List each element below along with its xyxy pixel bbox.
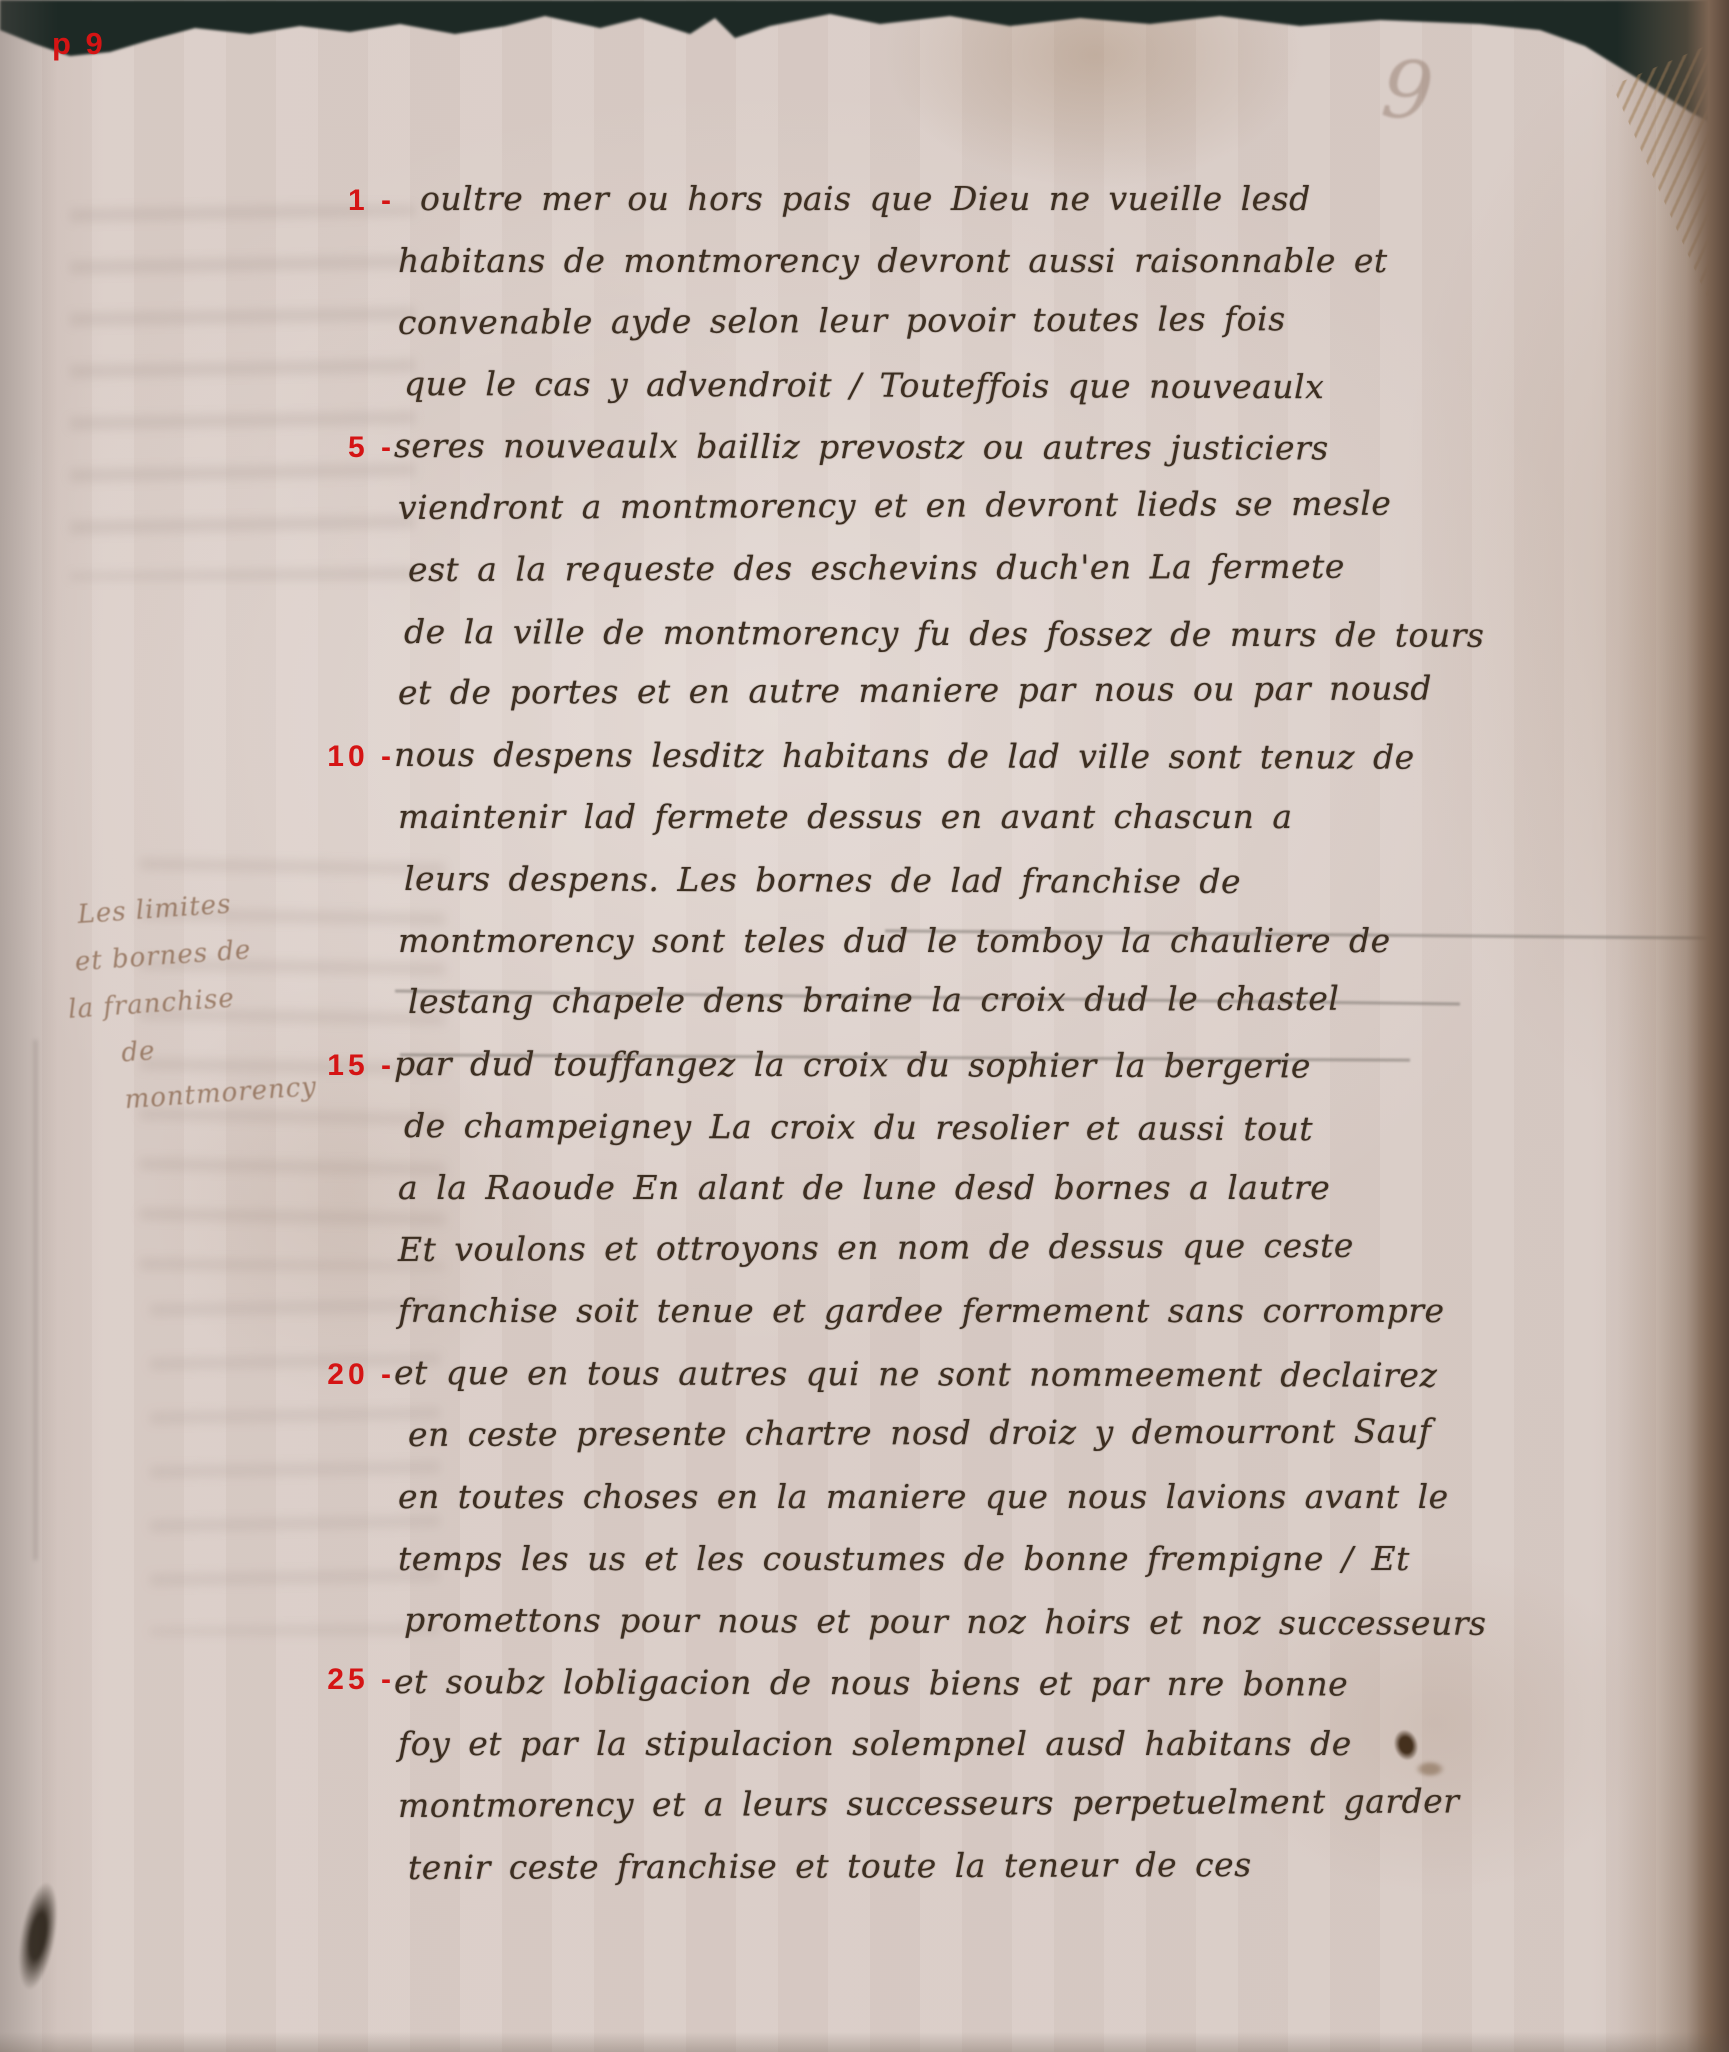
manuscript-line: montmorency et a leurs successeurs perpe… xyxy=(398,1769,1608,1836)
page-edge-right xyxy=(1617,0,1729,2052)
showthrough-text-upper xyxy=(70,205,415,580)
manuscript-line: par dud touffangez la croix du sophier l… xyxy=(394,1033,1604,1098)
manuscript-line: et que en tous autres qui ne sont nommee… xyxy=(394,1342,1604,1407)
page-edge-left xyxy=(0,0,58,2052)
margin-note: Les limites et bornes de la franchise de… xyxy=(48,875,344,1129)
manuscript-photo: 9 Les limites et bornes de la franchise … xyxy=(0,0,1729,2052)
manuscript-line: et de portes et en autre maniere par nou… xyxy=(398,657,1608,724)
manuscript-line: en ceste presente chartre nosd droiz y d… xyxy=(408,1400,1618,1466)
page-edge-bottom xyxy=(0,2032,1729,2052)
manuscript-line: a la Raoude En alant de lune desd bornes… xyxy=(398,1157,1608,1219)
manuscript-line: maintenir lad fermete dessus en avant ch… xyxy=(398,786,1608,848)
line-marker-1: 1 - xyxy=(295,184,395,218)
manuscript-line: que le cas y advendroit / Touteffois que… xyxy=(404,353,1614,419)
manuscript-line: en toutes choses en la maniere que nous … xyxy=(398,1466,1608,1528)
manuscript-line: leurs despens. Les bornes de lad franchi… xyxy=(404,848,1614,914)
manuscript-line: temps les us et les coustumes de bonne f… xyxy=(398,1528,1608,1590)
binding-shadow-top xyxy=(0,0,1729,150)
manuscript-line: lestang chapele dens braine la croix dud… xyxy=(408,967,1618,1033)
manuscript-line: tenir ceste franchise et toute la teneur… xyxy=(408,1832,1618,1898)
line-marker-25: 25 - xyxy=(295,1663,395,1697)
manuscript-text: oultre mer ou hors pais que Dieu ne vuei… xyxy=(398,168,1608,1898)
manuscript-line: foy et par la stipulacion solempnel ausd… xyxy=(398,1713,1608,1775)
line-marker-20: 20 - xyxy=(295,1358,395,1392)
manuscript-line: montmorency sont teles dud le tomboy la … xyxy=(398,910,1608,972)
manuscript-line: seres nouveaulx bailliz prevostz ou autr… xyxy=(394,415,1604,480)
manuscript-line: convenable ayde selon leur povoir toutes… xyxy=(398,286,1608,353)
manuscript-line: nous despens lesditz habitans de lad vil… xyxy=(394,724,1604,789)
page-number-label: p 9 xyxy=(52,26,106,62)
manuscript-line: franchise soit tenue et gardee fermement… xyxy=(398,1280,1608,1342)
manuscript-line: de champeigney La croix du resolier et a… xyxy=(404,1095,1614,1161)
manuscript-line: habitans de montmorency devront aussi ra… xyxy=(398,230,1608,292)
manuscript-line: et soubz lobligacion de nous biens et pa… xyxy=(394,1651,1604,1716)
line-marker-10: 10 - xyxy=(295,740,395,774)
manuscript-line: est a la requeste des eschevins duch'en … xyxy=(408,535,1618,601)
manuscript-line: Et voulons et ottroyons en nom de dessus… xyxy=(398,1213,1608,1280)
line-marker-5: 5 - xyxy=(295,431,395,465)
manuscript-line: promettons pour nous et pour noz hoirs e… xyxy=(404,1589,1614,1655)
manuscript-line: viendront a montmorency et en devront li… xyxy=(398,472,1608,539)
manuscript-line: oultre mer ou hors pais que Dieu ne vuei… xyxy=(398,168,1608,230)
line-marker-15: 15 - xyxy=(295,1049,395,1083)
